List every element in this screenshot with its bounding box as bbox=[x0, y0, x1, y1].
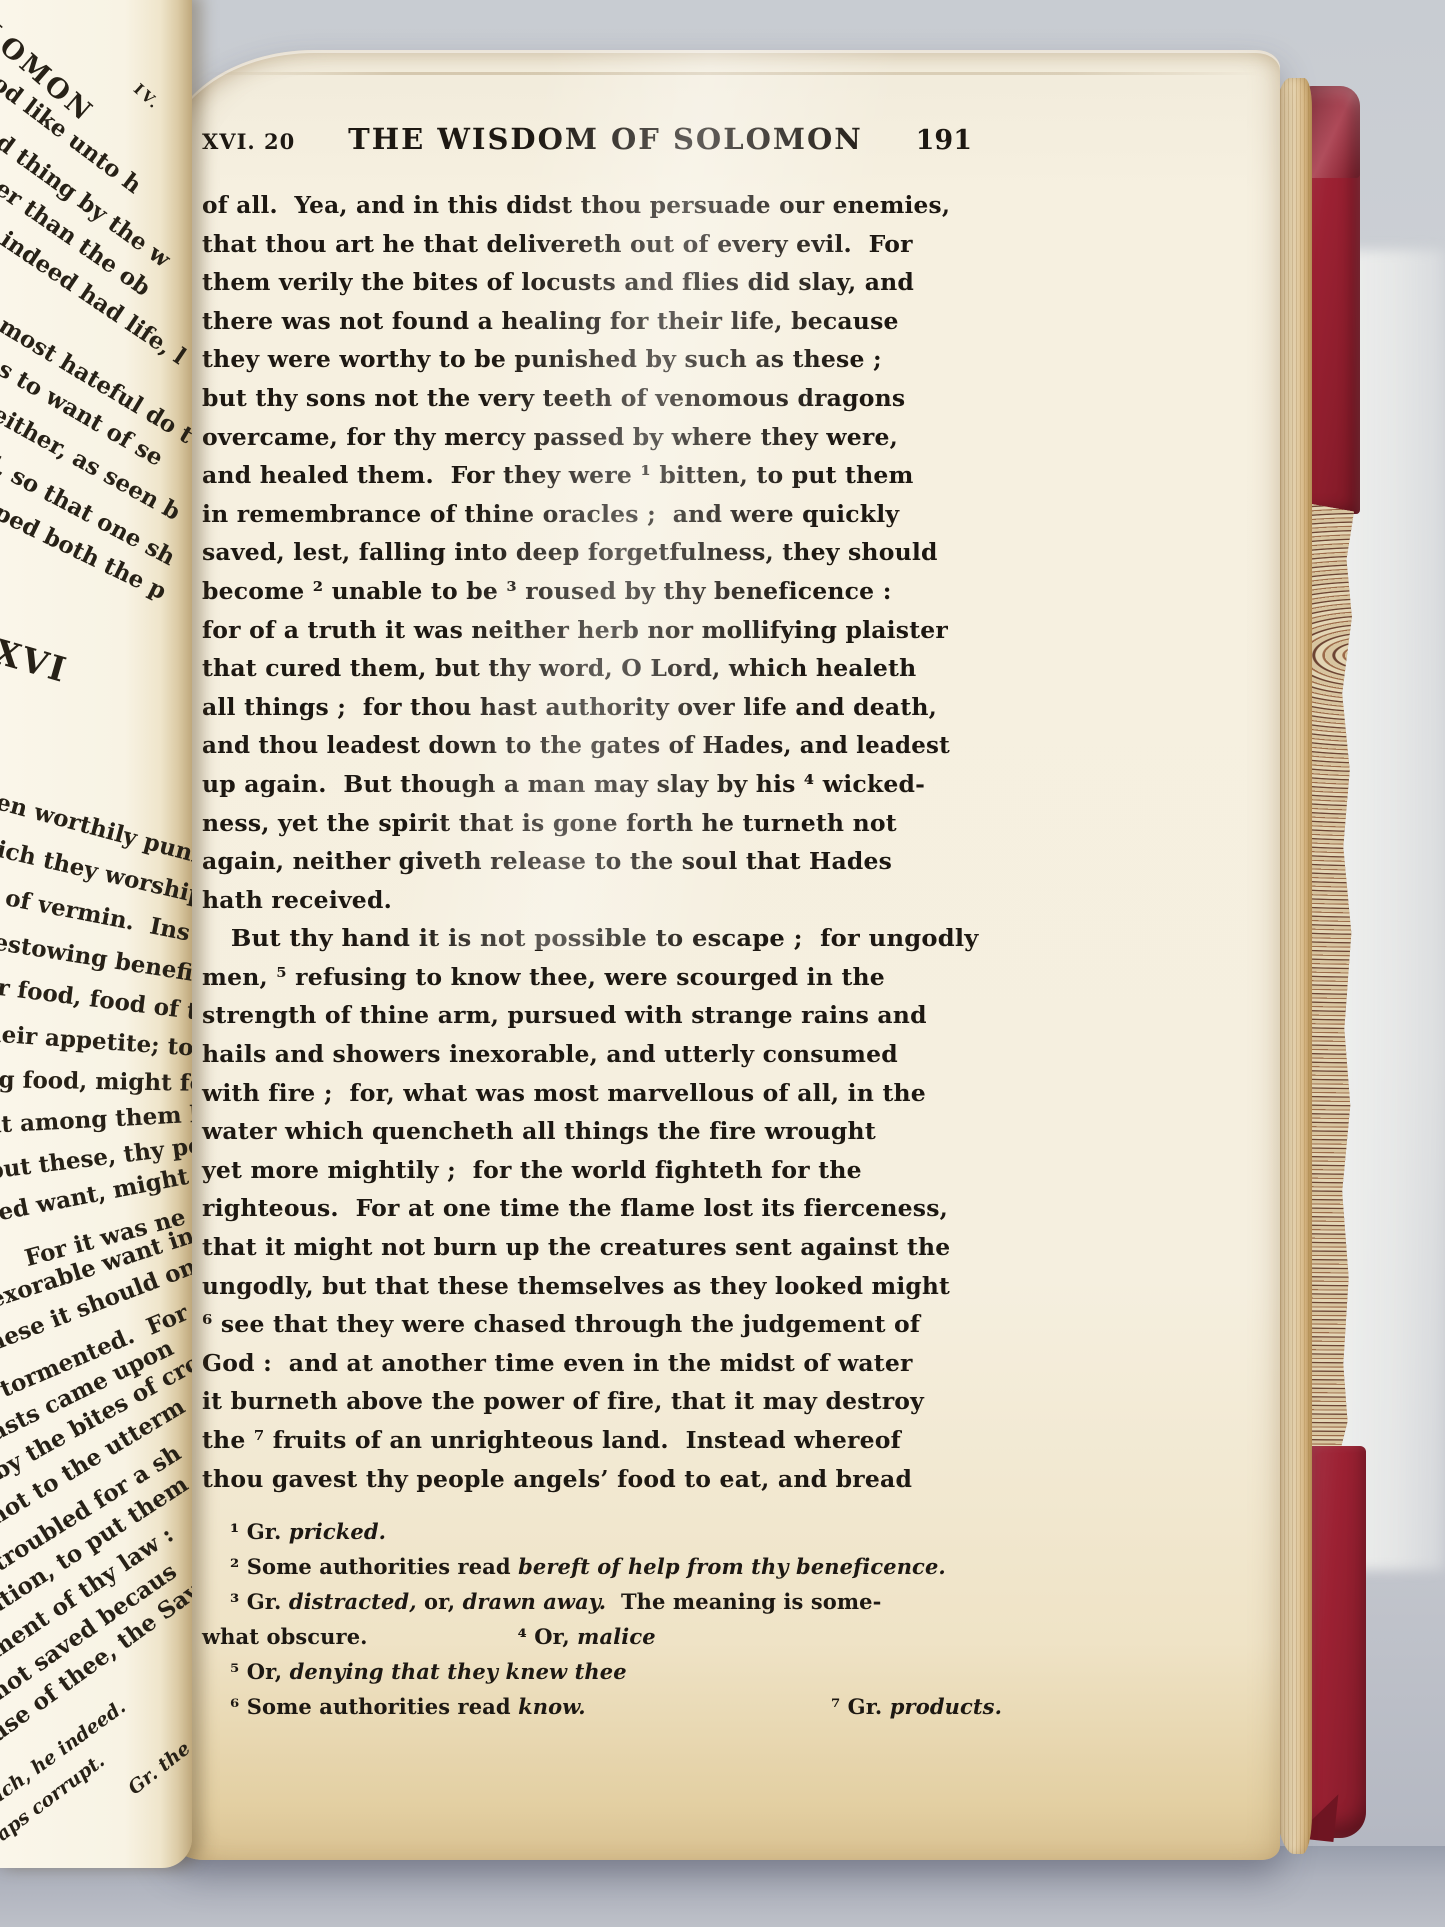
footnote-line: ² Some authorities read bereft of help f… bbox=[202, 1549, 1002, 1584]
body-text-line: water which quencheth all things the fir… bbox=[202, 1112, 950, 1151]
body-text-line: thou gavest thy people angels’ food to e… bbox=[202, 1460, 950, 1499]
body-text-line: strength of thine arm, pursued with stra… bbox=[202, 996, 950, 1035]
body-text-line: and thou leadest down to the gates of Ha… bbox=[202, 726, 932, 765]
footnote-italic-text: bereft of help from thy beneficence. bbox=[518, 1549, 946, 1584]
body-text-line: that cured them, but thy word, O Lord, w… bbox=[202, 649, 950, 688]
photo-of-open-book: { "page_header": { "chapter_ref": "XVI. … bbox=[0, 0, 1445, 1927]
left-page-text-fragment: nt among them lo bbox=[0, 1100, 192, 1139]
left-page-text-fragment: IV. bbox=[130, 80, 165, 114]
footnote-line: ³ Gr. distracted, or, drawn away. The me… bbox=[202, 1584, 1002, 1619]
body-text-line: with fire ; for, what was most marvellou… bbox=[202, 1074, 950, 1113]
body-text-line: that thou art he that delivereth out of … bbox=[202, 225, 950, 264]
footnote-italic-text: distracted, bbox=[289, 1584, 417, 1619]
body-text-line: ness, yet the spirit that is gone forth … bbox=[202, 804, 950, 843]
footnote-line: ⁵ Or, denying that they knew thee bbox=[202, 1654, 1002, 1689]
page-text-column: XVI. 20 THE WISDOM OF SOLOMON 191 of all… bbox=[202, 112, 972, 1724]
body-text-line: men, ⁵ refusing to know thee, were scour… bbox=[202, 958, 950, 997]
body-text-line: saved, lest, falling into deep forgetful… bbox=[202, 533, 950, 572]
body-text-line: they were worthy to be punished by such … bbox=[202, 340, 950, 379]
body-text-line: of all. Yea, and in this didst thou pers… bbox=[202, 186, 942, 225]
book-page: XVI. 20 THE WISDOM OF SOLOMON 191 of all… bbox=[164, 50, 1280, 1860]
body-text-line: all things ; for thou hast authority ove… bbox=[202, 688, 950, 727]
footnote-text: what obscure. bbox=[202, 1619, 368, 1654]
footnote-italic-text: denying that they knew thee bbox=[290, 1654, 627, 1689]
body-text-line: but thy sons not the very teeth of venom… bbox=[202, 379, 950, 418]
footnote-line: ⁶ Some authorities read know.⁷ Gr. produ… bbox=[202, 1689, 1002, 1724]
footnote-text: The meaning is some- bbox=[606, 1584, 881, 1619]
body-text-line: overcame, for thy mercy passed by where … bbox=[202, 418, 950, 457]
footnote-text: ¹ Gr. bbox=[230, 1514, 289, 1549]
body-text-line: there was not found a healing for their … bbox=[202, 302, 950, 341]
body-text-line: ungodly, but that these themselves as th… bbox=[202, 1267, 943, 1306]
left-page-text-fragment: Gr. the bbox=[124, 1737, 192, 1799]
body-text-line: up again. But though a man may slay by h… bbox=[202, 765, 950, 804]
body-text-line: yet more mightily ; for the world fighte… bbox=[202, 1151, 950, 1190]
footnote-line: what obscure.⁴ Or, malice bbox=[202, 1619, 1002, 1654]
footnote-italic-text: pricked. bbox=[289, 1514, 386, 1549]
body-text-line: and healed them. For they were ¹ bitten,… bbox=[202, 456, 950, 495]
footnote-text: ⁵ Or, bbox=[230, 1654, 290, 1689]
body-text-line: become ² unable to be ³ roused by thy be… bbox=[202, 572, 950, 611]
footnote-text: ² Some authorities read bbox=[230, 1549, 518, 1584]
page-running-header: XVI. 20 THE WISDOM OF SOLOMON 191 bbox=[202, 122, 972, 164]
body-text-line: the ⁷ fruits of an unrighteous land. Ins… bbox=[202, 1421, 950, 1460]
page-title: THE WISDOM OF SOLOMON bbox=[295, 122, 915, 156]
page-number: 191 bbox=[916, 125, 972, 156]
footnote-text: ⁴ Or, bbox=[518, 1619, 578, 1654]
body-text-line: ⁶ see that they were chased through the … bbox=[202, 1305, 950, 1344]
previous-page-curled-edge: SOLOMONIV.a god like unto hdead thing by… bbox=[0, 0, 192, 1868]
body-text-line: it burneth above the power of fire, that… bbox=[202, 1382, 950, 1421]
left-page-text-fragment: heir appetite; to bbox=[0, 1020, 192, 1062]
chapter-verse-reference: XVI. 20 bbox=[202, 129, 295, 154]
body-text-line: them verily the bites of locusts and fli… bbox=[202, 263, 950, 302]
body-text-line: hails and showers inexorable, and utterl… bbox=[202, 1035, 950, 1074]
left-page-text-fragment: XVI bbox=[0, 632, 72, 691]
left-page-text-fragment: ng food, might fo bbox=[0, 1066, 192, 1097]
body-text-line: again, neither giveth release to the sou… bbox=[202, 842, 950, 881]
body-text-line: in remembrance of thine oracles ; and we… bbox=[202, 495, 950, 534]
body-text-line: hath received. bbox=[202, 881, 950, 920]
body-text-line: righteous. For at one time the flame los… bbox=[202, 1189, 950, 1228]
footnote-italic-text: products. bbox=[890, 1689, 1002, 1724]
footnote-italic-text: drawn away. bbox=[463, 1584, 607, 1619]
body-text: of all. Yea, and in this didst thou pers… bbox=[202, 186, 950, 1498]
footnote-text: ⁶ Some authorities read bbox=[230, 1689, 518, 1724]
footnote-text: or, bbox=[417, 1584, 463, 1619]
body-text-line: God : and at another time even in the mi… bbox=[202, 1344, 950, 1383]
footnote-text: ⁷ Gr. bbox=[831, 1689, 890, 1724]
body-text-line: that it might not burn up the creatures … bbox=[202, 1228, 949, 1267]
footnote-line: ¹ Gr. pricked. bbox=[202, 1514, 1002, 1549]
footnote-text: ³ Gr. bbox=[230, 1584, 289, 1619]
body-text-line: for of a truth it was neither herb nor m… bbox=[202, 611, 950, 650]
red-leather-cover-bottom bbox=[1304, 1446, 1366, 1838]
footnote-italic-text: know. bbox=[518, 1689, 586, 1724]
footnotes: ¹ Gr. pricked.² Some authorities read be… bbox=[202, 1514, 1002, 1724]
footnote-italic-text: malice bbox=[577, 1619, 656, 1654]
body-text-line: But thy hand it is not possible to escap… bbox=[202, 919, 973, 958]
